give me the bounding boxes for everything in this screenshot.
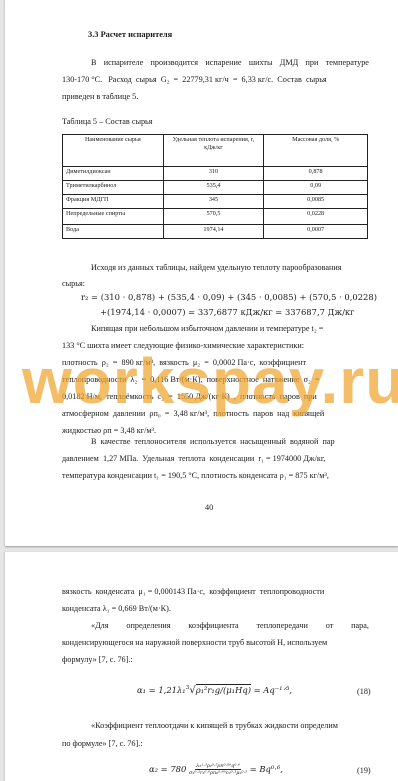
table-header: Удельная теплота испарения, r, кДж/кг bbox=[163, 135, 264, 167]
fraction-numerator: λ₂¹·³ρ₂⁰·⁵ρп⁰·⁰⁶q⁰·⁶ bbox=[195, 763, 241, 770]
table-row: Диметилдиоксан 310 0,878 bbox=[63, 167, 368, 181]
composition-table: Наименование сырья Удельная теплота испа… bbox=[62, 134, 368, 239]
table-cell: Диметилдиоксан bbox=[63, 167, 164, 181]
paragraph-line: В качестве теплоносителя используется на… bbox=[62, 436, 369, 447]
equation-rhs: = Bq⁰·⁶, bbox=[247, 764, 283, 774]
equation-18: α₁ = 1,21λ₁3√ρ₁²r₁g/(μ₁Hq) = Aq⁻¹ᐟ³, bbox=[137, 685, 292, 696]
page-number: 40 bbox=[205, 503, 213, 512]
paragraph-line: 133 °С шихта имеет следующие физико-хими… bbox=[62, 340, 369, 351]
intro-line-1: В испарителе производится испарение шихт… bbox=[62, 57, 369, 68]
word: шихты bbox=[249, 57, 273, 68]
paragraph-line: атмосферном давлении ρп₀ = 3,48 кг/м³, п… bbox=[62, 408, 369, 419]
word: ДМД bbox=[280, 57, 298, 68]
word: «Для bbox=[91, 620, 109, 631]
document-page-40: 3.3 Расчет испарителя В испарителе произ… bbox=[5, 0, 398, 546]
equation-number-19: (19) bbox=[357, 765, 371, 776]
equation-lhs: α₁ = 1,21λ₁ bbox=[137, 685, 186, 695]
table-cell: 535,4 bbox=[163, 181, 264, 195]
equation-radicand: ρ₁²r₁g/(μ₁Hq) bbox=[196, 684, 251, 695]
word: испарение bbox=[205, 57, 241, 68]
paragraph-line: плотность ρ₂ = 890 кг/м³, вязкость μ₂ = … bbox=[62, 357, 369, 368]
intro-line-3: приведен в таблице 5. bbox=[62, 91, 369, 102]
table-cell: Фракция МДГП bbox=[63, 195, 164, 209]
word: производится bbox=[151, 57, 198, 68]
table-cell: 1974,14 bbox=[163, 225, 264, 239]
word: температуре bbox=[326, 57, 369, 68]
word: коэффициента bbox=[188, 620, 238, 631]
table-cell: Вода bbox=[63, 225, 164, 239]
table-cell: 310 bbox=[163, 167, 264, 181]
properties-paragraph: Кипящая при небольшом избыточном давлени… bbox=[62, 323, 369, 436]
table-header-row: Наименование сырья Удельная теплота испа… bbox=[63, 135, 368, 167]
table-cell: 0,878 bbox=[264, 167, 368, 181]
table-cell: 0,0228 bbox=[264, 209, 368, 225]
table-cell: 0,0007 bbox=[264, 225, 368, 239]
paragraph-line: «Коэффициент теплоотдачи к кипящей в тру… bbox=[91, 720, 338, 731]
paragraph-line: температура конденсации t₁ = 190,5 °С, п… bbox=[62, 470, 369, 481]
table-row: Вода 1974,14 0,0007 bbox=[63, 225, 368, 239]
word: от bbox=[326, 620, 334, 631]
quote-paragraph-1: «Для определения коэффициента теплоперед… bbox=[62, 620, 369, 665]
paragraph-line: формулу» [7, с. 76].: bbox=[62, 654, 369, 665]
quote-line-1: «Для определения коэффициента теплоперед… bbox=[62, 620, 369, 631]
table-cell: 570,5 bbox=[163, 209, 264, 225]
paragraph-line: Исходя из данных таблицы, найдем удельну… bbox=[91, 262, 342, 273]
word: пара, bbox=[351, 620, 369, 631]
paragraph-line: по формуле» [7, с. 76].: bbox=[62, 738, 143, 749]
table-row: Триметилкарбинол 535,4 0,09 bbox=[63, 181, 368, 195]
equation-19: α₂ = 780 λ₂¹·³ρ₂⁰·⁵ρп⁰·⁰⁶q⁰·⁶ σ₂⁰·⁵r₂⁰·⁶… bbox=[149, 763, 283, 776]
paragraph-line: теплопроводности λ₂ = 0,116 Вт/(м·К), по… bbox=[62, 374, 369, 385]
table-cell: 0,0085 bbox=[264, 195, 368, 209]
equation-lhs: α₂ = 780 bbox=[149, 764, 186, 774]
paragraph-line: 0,0182 Н/м, теплоёмкость c₂ = 1550 Дж/(к… bbox=[62, 391, 369, 402]
table-header: Массовая доля, % bbox=[264, 135, 368, 167]
word: определения bbox=[126, 620, 170, 631]
table-row: Фракция МДГП 345 0,0085 bbox=[63, 195, 368, 209]
table-cell: 345 bbox=[163, 195, 264, 209]
paragraph-line: Кипящая при небольшом избыточном давлени… bbox=[62, 323, 369, 334]
equation-r2-line-2: +(1974,14 · 0,0007) = 337,6877 кДж/кг = … bbox=[100, 307, 355, 317]
document-page-41: вязкость конденсата μ₁ = 0,000143 Па·с, … bbox=[5, 552, 398, 781]
equation-number-18: (18) bbox=[357, 686, 371, 697]
table-caption: Таблица 5 – Состав сырья bbox=[62, 116, 153, 127]
table-row: Непредельные спирты 570,5 0,0228 bbox=[63, 209, 368, 225]
heat-carrier-paragraph: В качестве теплоносителя используется на… bbox=[62, 436, 369, 481]
table-cell: 0,09 bbox=[264, 181, 368, 195]
word: теплопередачи bbox=[256, 620, 307, 631]
paragraph-line: вязкость конденсата μ₁ = 0,000143 Па·с, … bbox=[62, 586, 324, 597]
fraction-denominator: σ₂⁰·⁵r₂⁰·⁶ρп₀⁰·⁶⁶c₂⁰·³μ₂⁰·³ bbox=[189, 770, 247, 776]
paragraph-line: сырья: bbox=[62, 278, 85, 289]
section-heading: 3.3 Расчет испарителя bbox=[88, 29, 172, 40]
word: при bbox=[306, 57, 319, 68]
table-header: Наименование сырья bbox=[63, 135, 164, 167]
radical-icon: √ bbox=[189, 685, 195, 696]
table-cell: Триметилкарбинол bbox=[63, 181, 164, 195]
equation-r2-line-1: r₂ = (310 · 0,878) + (535,4 · 0,09) + (3… bbox=[81, 292, 377, 302]
paragraph-line: жидкостью ρп = 3,48 кг/м³. bbox=[62, 425, 369, 436]
paragraph-line: конденсата λ₁ = 0,669 Вт/(м·К). bbox=[62, 603, 171, 614]
equation-fraction: λ₂¹·³ρ₂⁰·⁵ρп⁰·⁰⁶q⁰·⁶ σ₂⁰·⁵r₂⁰·⁶ρп₀⁰·⁶⁶c₂… bbox=[189, 763, 247, 776]
paragraph-line: давлением 1,27 МПа. Удельная теплота кон… bbox=[62, 453, 369, 464]
equation-rhs: = Aq⁻¹ᐟ³, bbox=[251, 685, 292, 695]
table-cell: Непредельные спирты bbox=[63, 209, 164, 225]
paragraph-line: конденсирующегося на наружной поверхност… bbox=[62, 637, 369, 648]
intro-line-2: 130-170 °С. Расход сырья G₂ = 22779,31 к… bbox=[62, 74, 369, 85]
intro-paragraph: В испарителе производится испарение шихт… bbox=[62, 57, 369, 102]
word: В bbox=[91, 57, 96, 68]
word: испарителе bbox=[104, 57, 143, 68]
